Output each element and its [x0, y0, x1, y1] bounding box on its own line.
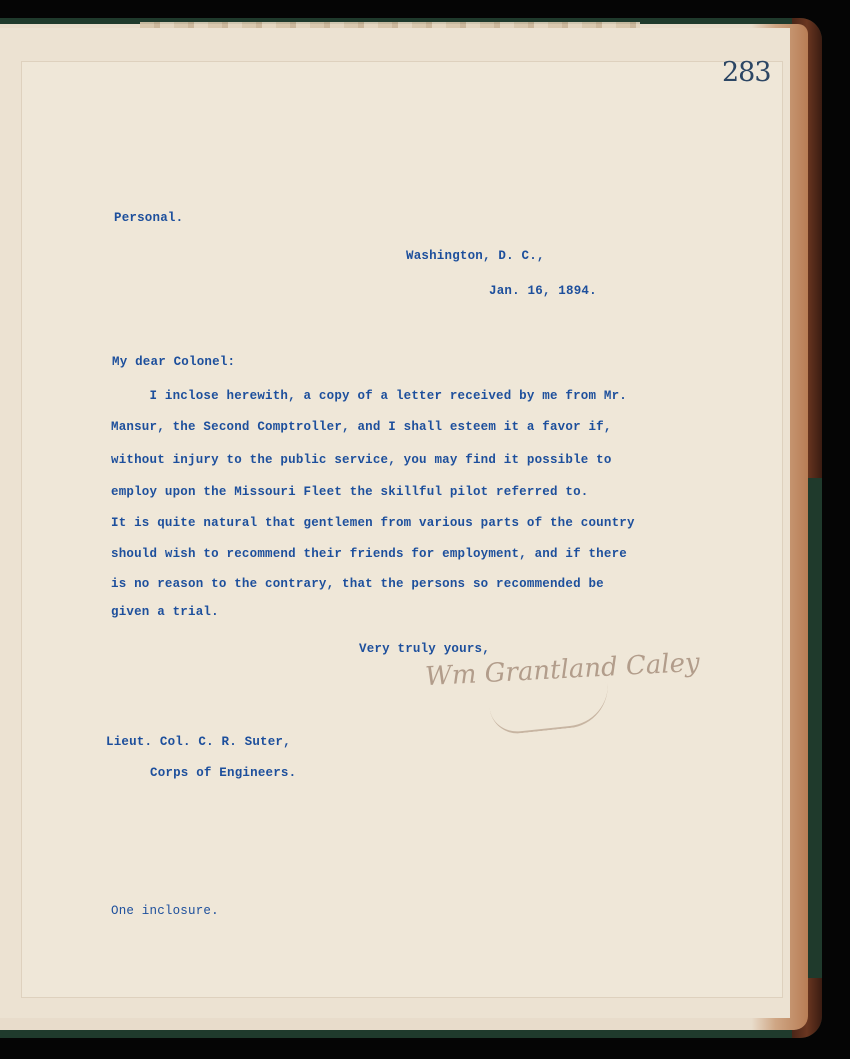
recipient-name: Lieut. Col. C. R. Suter,: [106, 735, 291, 749]
body-line: is no reason to the contrary, that the p…: [111, 577, 604, 591]
body-line: It is quite natural that gentlemen from …: [111, 516, 635, 530]
letter-place: Washington, D. C.,: [406, 249, 545, 263]
body-line: I inclose herewith, a copy of a letter r…: [111, 389, 627, 403]
body-line: should wish to recommend their friends f…: [111, 547, 627, 561]
body-line: without injury to the public service, yo…: [111, 453, 612, 467]
recipient-title: Corps of Engineers.: [150, 766, 296, 780]
letter-date: Jan. 16, 1894.: [489, 284, 597, 298]
body-line: employ upon the Missouri Fleet the skill…: [111, 485, 588, 499]
body-line: given a trial.: [111, 605, 219, 619]
body-line: Mansur, the Second Comptroller, and I sh…: [111, 420, 612, 434]
letter-heading: Personal.: [114, 211, 183, 225]
enclosure-note: One inclosure.: [111, 904, 219, 918]
page-number: 283: [722, 57, 771, 88]
letter-salutation: My dear Colonel:: [112, 355, 235, 369]
letter-closing: Very truly yours,: [359, 642, 490, 656]
